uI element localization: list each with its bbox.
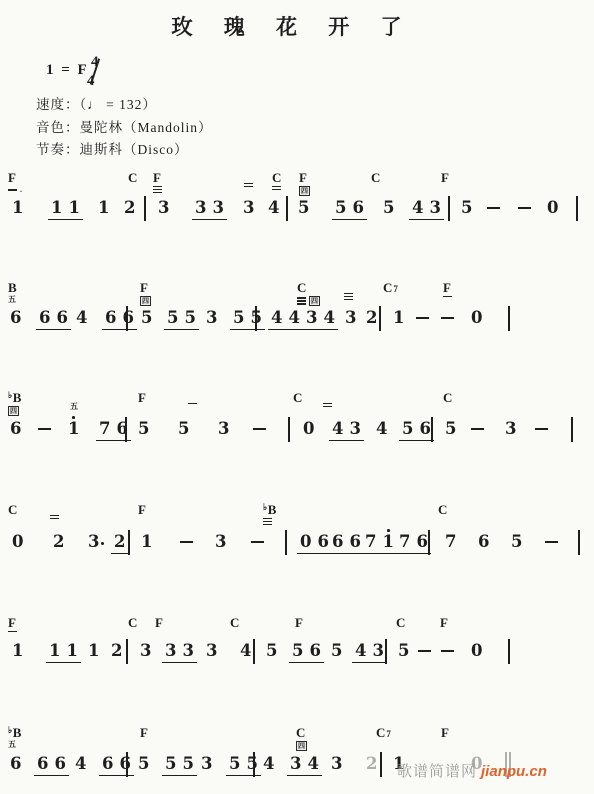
note-pair: 55 (162, 756, 197, 776)
note: 3 (243, 200, 254, 217)
note: 4 (75, 756, 86, 773)
chord-symbol: F (440, 616, 448, 629)
note: 5 (383, 200, 394, 217)
note: 5 (398, 643, 409, 660)
chord-symbol: C (230, 616, 239, 629)
position-marks-row: 四 (8, 406, 21, 416)
chord-symbol: C (396, 616, 405, 629)
note-digit: 4 (307, 756, 318, 773)
rest-note: 0 (547, 200, 558, 217)
position-numeral-四: 四 (299, 186, 310, 196)
note-digit: 5 (461, 200, 472, 217)
note-digit: 3 (243, 200, 254, 217)
period-mark: . (20, 186, 22, 194)
chord-symbol: F (441, 726, 449, 739)
note-digit: 3 (195, 200, 206, 217)
chord-root: F (440, 615, 448, 630)
position-mark (188, 401, 197, 404)
note-digit: 7 (445, 534, 456, 551)
note-pair: 71 (362, 534, 397, 554)
note: 5 (266, 643, 277, 660)
note-digit: 1 (49, 643, 60, 660)
position-marks-row (153, 186, 162, 193)
timbre-line: 音色：曼陀林（Mandolin） (36, 116, 213, 136)
barline (571, 417, 573, 442)
note-digit: 6 (10, 421, 21, 438)
position-numeral-四: 四 (140, 296, 151, 306)
chord-symbol: C (272, 171, 281, 190)
note: 1 (12, 643, 23, 660)
chord-label: F (441, 725, 449, 740)
chord-root: F (138, 390, 146, 405)
note-digit: 3 (505, 421, 516, 438)
note-pair: 56 (289, 643, 324, 663)
position-mark (244, 181, 253, 187)
note-digit: 2 (111, 643, 122, 660)
note: 5 (511, 534, 522, 551)
note-digit: 6 (105, 310, 116, 327)
barline (128, 530, 130, 555)
note-pair: 43 (409, 200, 444, 220)
chord-label: C (230, 615, 239, 630)
note-digit: 2 (366, 756, 377, 773)
augmentation-dot (101, 542, 104, 545)
chord-root: F (140, 725, 148, 740)
position-marks-row: 四 (299, 186, 310, 196)
position-mark (50, 513, 59, 519)
chord-label: C (371, 170, 380, 185)
chord-root: F (8, 170, 16, 185)
note-pair: 55 (226, 756, 261, 776)
note: 3 (215, 534, 226, 551)
note-pair: 06 (297, 534, 332, 554)
chord-symbol: ♭B四 (8, 391, 21, 416)
note: 5 (298, 200, 309, 217)
chord-symbol: C四 (297, 281, 320, 306)
rest-note: 0 (12, 534, 23, 551)
note-digit: 1 (68, 421, 79, 438)
note-pair: 43 (352, 643, 387, 663)
note-digit: 5 (398, 643, 409, 660)
chord-root: C (376, 725, 385, 740)
note-digit: 6 (122, 310, 133, 327)
rhythm-value: 迪斯科（Disco） (80, 142, 189, 157)
note: 2 (53, 534, 64, 551)
chord-symbol: F (140, 726, 148, 739)
position-numeral-四: 四 (309, 296, 320, 306)
position-marks-row: 五 (8, 296, 17, 304)
chord-label: F (440, 615, 448, 630)
barline (253, 752, 255, 777)
position-numeral-三 (153, 186, 162, 193)
note-digit: 5 (511, 534, 522, 551)
chord-root: B (268, 502, 277, 517)
chord-symbol: F (153, 171, 162, 193)
note: 3 (331, 756, 342, 773)
chord-root: F (441, 725, 449, 740)
duration-dash (441, 317, 454, 319)
position-marks-row: . (8, 186, 22, 194)
note-digit: 4 (268, 200, 279, 217)
note: 6 (10, 421, 21, 438)
note-digit: 1 (66, 643, 77, 660)
chord-extension: 7 (393, 284, 398, 294)
note-digit: 3 (349, 421, 360, 438)
chord-label: C7 (376, 725, 391, 740)
note-digit: 1 (88, 643, 99, 660)
note-digit: 2 (114, 534, 125, 551)
note-pair: 11 (48, 200, 83, 220)
chord-label: F (138, 502, 146, 517)
position-marks-row: 四 (140, 296, 151, 306)
note-digit: 4 (76, 310, 87, 327)
note: 6 (478, 534, 489, 551)
barline (380, 752, 382, 777)
note-digit: 4 (75, 756, 86, 773)
chord-symbol: F (138, 503, 146, 516)
chord-root: F (138, 502, 146, 517)
note: 2 (111, 643, 122, 660)
note: 3 (218, 421, 229, 438)
chord-label: ♭B (263, 502, 276, 517)
position-marks-row (50, 515, 59, 519)
note-digit: 2 (366, 310, 377, 327)
timbre-label: 音色： (36, 120, 80, 135)
note-digit: 0 (471, 310, 482, 327)
note-digit: 4 (355, 643, 366, 660)
chord-root: C (293, 390, 302, 405)
duration-dash (253, 428, 266, 430)
tempo-line: 速度：（♩ = 132） (36, 93, 157, 113)
note-pair: 66 (34, 756, 69, 776)
position-numeral-二 (244, 183, 253, 187)
position-marks-row: 五 (70, 403, 78, 411)
barline (428, 530, 430, 555)
watermark: 歌谱简谱网jianpu.cn (397, 760, 547, 781)
note-digit: 4 (288, 310, 299, 327)
note-pair: 66 (329, 534, 364, 554)
barline (576, 196, 578, 221)
chord-label: C7 (383, 280, 398, 295)
barline (126, 752, 128, 777)
chord-symbol: C (8, 503, 17, 516)
barline (379, 306, 381, 331)
position-numeral-四: 四 (296, 741, 307, 751)
barline (126, 639, 128, 664)
duration-dash (180, 541, 193, 543)
barline (286, 196, 288, 221)
position-marks-row (244, 183, 253, 187)
chord-label: F (299, 170, 307, 185)
chord-symbol: F. (8, 171, 22, 194)
note-digit: 7 (99, 421, 110, 438)
barline (125, 417, 127, 442)
note-digit: 3 (306, 310, 317, 327)
note-pair: 66 (99, 756, 134, 776)
chord-label: C (272, 170, 281, 185)
note-pair: 56 (399, 421, 434, 441)
note-digit: 6 (37, 756, 48, 773)
note: 1 (141, 534, 152, 551)
chord-root: F (299, 170, 307, 185)
chord-root: C (8, 502, 17, 517)
note-pair: 34 (303, 310, 338, 330)
duration-dash (535, 428, 548, 430)
note-digit: 4 (271, 310, 282, 327)
note-pair: 56 (332, 200, 367, 220)
rhythm-line: 节奏：迪斯科（Disco） (36, 138, 189, 158)
chord-root: C (396, 615, 405, 630)
note-digit: 6 (317, 534, 328, 551)
duration-dash (418, 650, 431, 652)
chord-root: C (128, 615, 137, 630)
duration-dash (416, 317, 429, 319)
note-digit: 2 (53, 534, 64, 551)
note: 3 (201, 756, 212, 773)
note-digit: 0 (12, 534, 23, 551)
note-digit: 0 (300, 534, 311, 551)
note-pair: 66 (102, 310, 137, 330)
chord-root: C (230, 615, 239, 630)
note: 5 (445, 421, 456, 438)
position-numeral-五: 五 (70, 403, 78, 411)
position-marks-row (323, 403, 332, 407)
rest-note: 0 (471, 643, 482, 660)
chord-symbol: C7 (383, 281, 398, 294)
position-marks-row (188, 403, 197, 404)
chord-root: C (128, 170, 137, 185)
note-digit: 3 (88, 534, 99, 551)
position-numeral-五: 五 (8, 296, 16, 304)
chord-root: C (272, 170, 281, 185)
note-digit: 5 (182, 756, 193, 773)
position-numeral-一 (443, 296, 452, 297)
note-digit: 3 (429, 200, 440, 217)
sheet-music-page: 玫 瑰 花 开 了 1 = F 4 4 速度：（♩ = 132） 音色：曼陀林（… (0, 0, 594, 794)
chord-root: F (155, 615, 163, 630)
watermark-site-name: 歌谱简谱网 (397, 763, 477, 780)
time-signature-denominator: 4 (87, 73, 95, 90)
note-digit: 6 (332, 534, 343, 551)
note: 4 (76, 310, 87, 327)
chord-label: ♭B (8, 725, 21, 740)
chord-label: C (396, 615, 405, 630)
note-digit: 5 (445, 421, 456, 438)
note: 1 (393, 310, 404, 327)
position-numeral-三 (344, 293, 353, 300)
note: 7 (445, 534, 456, 551)
chord-symbol: F (138, 391, 146, 404)
note: 3 (140, 643, 151, 660)
note: 5 (138, 756, 149, 773)
watermark-site-url: jianpu.cn (481, 763, 547, 780)
note-pair: 66 (36, 310, 71, 330)
chord-label: C (296, 725, 305, 740)
chord-root: F (441, 170, 449, 185)
note-digit: 5 (402, 421, 413, 438)
note-digit: 5 (383, 200, 394, 217)
position-mark (344, 291, 353, 300)
note-digit: 6 (39, 310, 50, 327)
note-digit: 4 (263, 756, 274, 773)
position-marks-row (344, 293, 353, 300)
chord-symbol: C四 (296, 726, 307, 751)
song-title: 玫 瑰 花 开 了 (0, 11, 573, 41)
position-marks-row (272, 186, 281, 190)
chord-symbol: F四 (140, 281, 151, 306)
note-digit: 3 (206, 643, 217, 660)
note-pair: 11 (46, 643, 81, 663)
chord-label: C (128, 615, 137, 630)
chord-symbol: C (293, 391, 302, 404)
note: 5 (141, 310, 152, 327)
note-digit: 0 (471, 643, 482, 660)
chord-label: C (443, 390, 452, 405)
note-digit: 3 (201, 756, 212, 773)
chord-label: C (128, 170, 137, 185)
note-digit: 3 (212, 200, 223, 217)
note-digit: 3 (290, 756, 301, 773)
note: 6 (10, 310, 21, 327)
note: 2 (111, 534, 128, 554)
duration-dash (471, 428, 484, 430)
note-digit: 1 (141, 534, 152, 551)
chord-symbol: ♭B五 (8, 726, 21, 749)
barline (508, 306, 510, 331)
barline (285, 530, 287, 555)
note-digit: 7 (365, 534, 376, 551)
note: 1 (68, 421, 79, 438)
note: 4 (240, 643, 251, 660)
chord-symbol: F四 (299, 171, 310, 196)
position-marks-row: 四 (297, 296, 320, 306)
note-digit: 3 (218, 421, 229, 438)
position-numeral-一 (188, 403, 197, 404)
note: 5 (178, 421, 189, 438)
note-digit: 6 (309, 643, 320, 660)
note-digit: 5 (167, 310, 178, 327)
note-digit: 5 (138, 421, 149, 438)
note-digit: 7 (399, 534, 410, 551)
position-marks-row: 五 (8, 741, 21, 749)
note-digit: 3 (165, 643, 176, 660)
chord-label: F (441, 170, 449, 185)
chord-symbol: C7 (376, 726, 391, 739)
note-pair: 43 (329, 421, 364, 441)
chord-label: F (140, 280, 148, 295)
chord-label: C (297, 280, 306, 295)
position-mark: 五 (70, 401, 78, 411)
chord-symbol: F (443, 281, 452, 297)
note: 1 (88, 643, 99, 660)
chord-symbol: C (371, 171, 380, 184)
note: 1 (12, 200, 23, 217)
note: 4 (376, 421, 387, 438)
note-pair: 34 (287, 756, 322, 776)
note-digit: 6 (54, 756, 65, 773)
note-digit: 0 (547, 200, 558, 217)
position-numeral-一 (8, 189, 17, 190)
note-digit: 5 (331, 643, 342, 660)
position-numeral-三 (297, 297, 306, 304)
note: 3 (206, 643, 217, 660)
note-digit: 4 (376, 421, 387, 438)
note-digit: 3 (372, 643, 383, 660)
note: 5 (461, 200, 472, 217)
chord-root: B (13, 725, 22, 740)
chord-symbol: C (128, 171, 137, 184)
note-digit: 3 (331, 756, 342, 773)
note-digit: 6 (10, 310, 21, 327)
note-digit: 6 (10, 756, 21, 773)
barline (288, 417, 290, 442)
chord-root: B (13, 390, 22, 405)
chord-symbol: C (438, 503, 447, 516)
chord-extension: 7 (386, 729, 391, 739)
position-numeral-二 (272, 186, 281, 190)
note: 4 (263, 756, 274, 773)
note-digit: 6 (56, 310, 67, 327)
chord-symbol: B五 (8, 281, 17, 304)
chord-root: C (438, 502, 447, 517)
barline (144, 196, 146, 221)
chord-label: F (8, 615, 16, 630)
rest-note: 0 (303, 421, 314, 438)
duration-dash (38, 428, 51, 430)
chord-label: F (153, 170, 161, 185)
duration-dash (518, 207, 531, 209)
note-digit: 3 (215, 534, 226, 551)
position-numeral-三 (263, 518, 272, 525)
chord-root: C (296, 725, 305, 740)
rhythm-label: 节奏： (36, 142, 80, 157)
note: 5 (138, 421, 149, 438)
barline (578, 530, 580, 555)
position-numeral-二 (50, 515, 59, 519)
position-marks-row (443, 296, 452, 297)
note: 3 (206, 310, 217, 327)
note-digit: 1 (68, 200, 79, 217)
duration-dash (251, 541, 264, 543)
note-digit: 1 (382, 534, 393, 551)
note-digit: 5 (184, 310, 195, 327)
note-pair: 55 (164, 310, 199, 330)
chord-root: C (297, 280, 306, 295)
note-digit: 5 (138, 756, 149, 773)
chord-root: C (383, 280, 392, 295)
note-digit: 1 (51, 200, 62, 217)
chord-label: C (293, 390, 302, 405)
position-marks-row (8, 631, 17, 632)
rest-note: 0 (471, 310, 482, 327)
chord-symbol: F (155, 616, 163, 629)
note-digit: 2 (124, 200, 135, 217)
duration-dash (545, 541, 558, 543)
flat-sign: ♭ (263, 502, 267, 512)
note: 5 (331, 643, 342, 660)
note-digit: 6 (419, 421, 430, 438)
chord-root: F (443, 280, 451, 295)
note-digit: 3 (140, 643, 151, 660)
note-digit: 6 (102, 756, 113, 773)
note-digit: 6 (478, 534, 489, 551)
position-mark (323, 401, 332, 407)
note-digit: 3 (158, 200, 169, 217)
note-pair: 55 (230, 310, 265, 330)
barline (431, 417, 433, 442)
chord-root: F (140, 280, 148, 295)
note-digit: 5 (298, 200, 309, 217)
